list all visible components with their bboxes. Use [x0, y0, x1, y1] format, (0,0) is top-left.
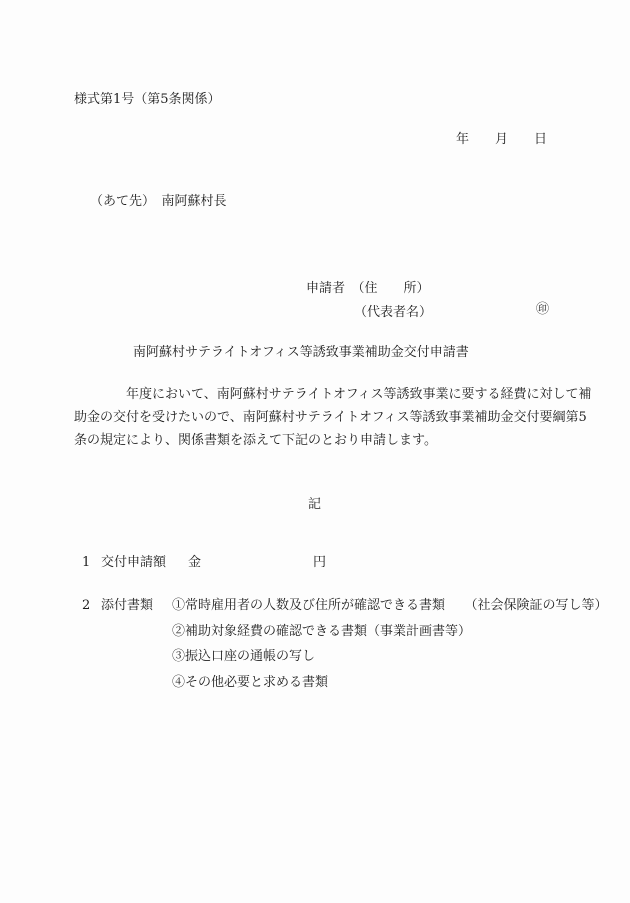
document-page: 様式第1号（第5条関係） 年 月 日 （あて先） 南阿蘇村長 申請者 （住 所）…: [0, 0, 630, 903]
body-paragraph-line-2: 助金の交付を受けたいので、南阿蘇村サテライトオフィス等誘致事業補助金交付要綱第5: [74, 410, 587, 426]
addressee-line: （あて先） 南阿蘇村長: [90, 194, 227, 210]
item-1-number: 1: [82, 555, 90, 571]
attachment-item-1: ①常時雇用者の人数及び住所が確認できる書類 （社会保険証の写し等）: [172, 598, 608, 614]
item-2-number: 2: [82, 598, 90, 614]
applicant-address-line: 申請者 （住 所）: [306, 281, 430, 297]
item-1-amount-prefix: 金: [188, 555, 201, 571]
ki-heading: 記: [308, 497, 321, 513]
attachment-item-2: ②補助対象経費の確認できる書類（事業計画書等）: [172, 624, 471, 640]
body-paragraph-line-3: 条の規定により、関係書類を添えて下記のとおり申請します。: [74, 433, 437, 449]
seal-placeholder-icon: ㊞: [536, 302, 549, 318]
document-title: 南阿蘇村サテライトオフィス等誘致事業補助金交付申請書: [133, 345, 469, 361]
attachment-item-4: ④その他必要と求める書類: [172, 675, 328, 691]
applicant-representative-line: （代表者名）: [354, 305, 432, 321]
item-1-label: 交付申請額: [101, 555, 166, 571]
date-line: 年 月 日: [456, 132, 547, 148]
form-number: 様式第1号（第5条関係）: [74, 92, 221, 108]
item-2-label: 添付書類: [101, 598, 153, 614]
body-paragraph-line-1: 年度において、南阿蘇村サテライトオフィス等誘致事業に要する経費に対して補: [74, 387, 592, 403]
item-1-amount-suffix: 円: [313, 555, 326, 571]
attachment-item-3: ③振込口座の通帳の写し: [172, 649, 315, 665]
